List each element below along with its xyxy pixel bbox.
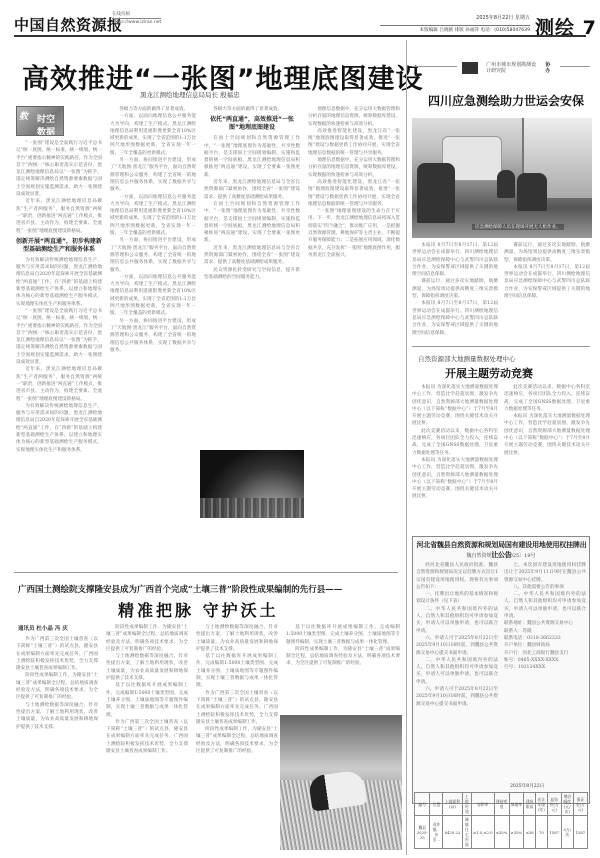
paragraph: 作为广西第三次全国土壤普查（以下简称“土壤三普”）的试点县，隆安县在成果编制方面… bbox=[106, 719, 188, 755]
contact-address: 联系地址：魏县公共资源交易中心 bbox=[504, 620, 586, 627]
table-cell: ≥1.0,≤2.0 bbox=[471, 816, 494, 849]
table-cell: 魏县2025-25 bbox=[415, 816, 430, 849]
logo-rule-right bbox=[560, 66, 590, 67]
paragraph: 一方面，以面向地理信息公共服务能力为导向，构建了生产模式。黑龙江测绘地理信息局利… bbox=[110, 113, 196, 157]
paragraph: 为有效解决传统测绘地理信息生产、服务与应用需求间的问题，黑龙江测绘地理信息局自2… bbox=[16, 257, 102, 308]
table-header: 起始价(万元) bbox=[547, 793, 561, 816]
section-divider bbox=[14, 572, 398, 573]
paragraph: 地理信息数据中，充分运用大数据管理和分析存量的地理信息资源，统筹数据库建设，实现… bbox=[308, 106, 400, 128]
land-parcel-table: 编号 位置 土地面积(㎡) 土地用途 容积率 建筑密度 绿地率 建筑限高 出让年… bbox=[414, 792, 588, 849]
table-header: 增价幅度(元/次) bbox=[561, 793, 573, 816]
paragraph: 此次竞赛活动以来，数据中心各科室迅速响应，各项目团队全力投入，连续奋战，完成了全… bbox=[504, 384, 590, 413]
online-url[interactable]: https://www.iziran.net bbox=[112, 18, 161, 26]
announcement-doc-number: 魏自然资规告字〔2025〕19号 bbox=[412, 552, 590, 559]
paragraph: 高效推进智能化建设，黑龙江省“一张图”地理底图建设取得显著成效，推进“一张图”建… bbox=[308, 128, 400, 157]
table-header: 编号 bbox=[415, 793, 430, 816]
institute-logo-icon bbox=[462, 62, 478, 74]
paragraph: 另一方面，协同推进平台建设，形成了“天地图·黑龙江”服务平台，面向自然资源管理和… bbox=[110, 237, 196, 273]
paragraph: 赛前运行，通过多次实地踏勘、航摄测量，为场馆周边提供高精度三维实景模型，保障指挥… bbox=[412, 278, 498, 300]
guangxi-col-1: 作为广西第三次全国土壤普查（以下简称“土壤三普”）的试点县，隆安县在成果编制方面… bbox=[16, 636, 98, 851]
subheading: 创新开展“两直通”，初步构建新型基础测绘生产和服务体系 bbox=[16, 238, 102, 254]
paragraph: 高效推进智能化建设，黑龙江省“一张图”地理底图建设取得显著成效，推进“一张图”建… bbox=[308, 179, 400, 208]
earth-globe-photo bbox=[200, 450, 304, 518]
sichuan-col-2: 赛前运行，通过多次实地踏勘、航摄测量，为场馆周边提供高精度三维实景模型，保障指挥… bbox=[504, 242, 590, 342]
issue-date: 2025年8月22日 星期五 bbox=[420, 14, 530, 21]
paragraph: 近年来，黑龙江测绘地理信息局聚焦“生产者两服务”，服务自然资源“两统一”职责，创… bbox=[16, 366, 102, 402]
guangxi-col-3: 与土地测绘数据等深度融合，针对性提出方案，了解土地利用现状，改善土壤质量，为农业… bbox=[196, 624, 278, 851]
institute-name: 广州市城市规划勘测设计研究院 bbox=[486, 62, 536, 74]
paragraph: “一张图”建设是全面践行习近平总书记“统一底图、统一标准、统一规划、统一平台”重… bbox=[16, 308, 102, 366]
paragraph: 六、申请人可于2025年8月22日至2025年9月10日16时前，到魏县公共资源… bbox=[416, 686, 498, 708]
badge-char-1: 数 bbox=[19, 109, 28, 122]
paragraph: 阶段性成果编制工作，为隆安县“土壤三普”成果编制全过程，总结地质调查经验及方法，… bbox=[196, 726, 278, 755]
paragraph: 各级力等方面的做得了显著成效。 bbox=[110, 106, 196, 113]
paragraph: 二、中华人民共和国境内外的法人、自然人和其他组织均可申请参加竞买，申请人可以单独… bbox=[504, 591, 586, 620]
person-shape bbox=[517, 173, 547, 211]
table-cell: 5万/次 bbox=[561, 816, 573, 849]
paragraph: 与土地测绘数据等深度融合，针对性提出方案，了解土地利用现状，改善土壤质量，为农业… bbox=[106, 653, 188, 682]
geodetic-kicker: 自然资源部大地测量数据处理中心 bbox=[418, 354, 516, 363]
paragraph: 各级力等方面的做得了显著成效。 bbox=[204, 106, 300, 113]
paragraph: 在国土空间规划和自然资源管理工作中，“一张图”地理底图作为基础性、共享性数据平台… bbox=[204, 201, 300, 245]
paragraph: 为有效解决传统测绘地理信息生产、服务与应用需求间的问题，黑龙江测绘地理信息局自2… bbox=[16, 403, 102, 454]
paragraph: 一方面，以面向地理信息公共服务能力为导向，构建了生产模式。黑龙江测绘地理信息局利… bbox=[110, 194, 196, 238]
masthead-divider bbox=[14, 35, 586, 37]
paragraph: 与土地测绘数据等深度融合，针对性提出方案，了解土地利用现状，改善土壤质量，为农业… bbox=[196, 624, 278, 653]
logo-rule-left bbox=[412, 66, 457, 67]
table-cell: 1587 bbox=[573, 816, 587, 849]
main-article-col-3: 各级力等方面的做得了显著成效。 依托“两直通”，高效推进“一张图”地理底图建设 … bbox=[204, 106, 300, 451]
paragraph: 近年来，黑龙江测绘地理信息局与全省自然资源部门紧密协作，围绕全省“一张图”建设需… bbox=[204, 179, 300, 201]
announcement-date: 2025年8月22日 bbox=[510, 783, 544, 789]
paragraph: 一方面，以面向地理信息公共服务能力为导向，构建了生产模式。黑龙江测绘地理信息局利… bbox=[110, 274, 196, 318]
guangxi-kicker: 广西国土测绘院支撑隆安县成为广西首个完成“土壤三普”阶段性成果编制的先行县—— bbox=[18, 583, 342, 595]
paragraph: 此次竞赛活动以来，数据中心各科室迅速响应，各项目团队全力投入，连续奋战，完成了全… bbox=[412, 428, 498, 457]
paragraph: 基于以往数据库开展成果编制工作，完成编制1:5000土壤类型图、完成土壤养分图、… bbox=[106, 682, 188, 718]
paragraph: 本报讯 为深化落实大地测量数据处理中心工作，营造比学赶超氛围，激发争先创优意识，… bbox=[412, 384, 498, 428]
table-cell: ≥35% bbox=[509, 816, 524, 849]
paragraph: 基于以往数据库开展成果编制工作，完成编制1:5000土壤类型图、完成土壤养分图、… bbox=[286, 624, 400, 646]
table-header: 保证金(万元) bbox=[573, 793, 587, 816]
paragraph: 本报讯 为深化落实大地测量数据处理中心工作，营造比学赶超氛围，激发争先创优意识，… bbox=[412, 457, 498, 501]
badge-label: 时空数据 bbox=[37, 112, 63, 136]
section-divider bbox=[412, 346, 590, 347]
geodetic-col-1: 本报讯 为深化落实大地测量数据处理中心工作，营造比学赶超氛围，激发争先创优意识，… bbox=[412, 384, 498, 528]
paragraph: 民众资源化转变研究与空间信息，提升新型基础测绘的空间服务能力。 bbox=[204, 267, 300, 282]
spatiotemporal-data-badge: 数 时空数据 bbox=[16, 106, 64, 136]
paragraph: 一、挂牌出让地块的基本情况和规划设计条件（见下表） bbox=[416, 591, 498, 606]
paragraph: “一张图”地理底图建设的生命力在于应用。下一步，黑龙江测绘地理信息局将深入贯彻落… bbox=[308, 208, 400, 259]
paragraph: 七、本次国有建设用地使用权挂牌出让于2025年9月11日9时在魏县公共资源交易中… bbox=[504, 562, 586, 584]
contact-person: 联系人：苏陇 bbox=[504, 628, 586, 635]
paragraph: 经河北省魏县人民政府批准，魏县自然资源和规划局决定以挂牌方式出让1宗国有建设用地… bbox=[416, 562, 498, 591]
sichuan-col-1: 本报讯 8月7日至8月17日，第12届世界运动会在成都举行。四川测绘地理信息局应… bbox=[412, 242, 498, 342]
table-cell: 6429.22 bbox=[443, 816, 462, 849]
table-cell: 70 bbox=[536, 816, 548, 849]
paragraph: 阶段性成果编制工作，为隆安县“土壤三普”成果编制全过程，总结地质调查经验及方法，… bbox=[106, 624, 188, 653]
paragraph: 本报讯 8月7日至8月17日，第12届世界运动会在成都举行。四川测绘地理信息局应… bbox=[412, 300, 498, 336]
table-header-row: 编号 位置 土地面积(㎡) 土地用途 容积率 建筑密度 绿地率 建筑限高 出让年… bbox=[415, 793, 588, 816]
guangxi-headline: 精准把脉 守护沃土 bbox=[118, 598, 279, 621]
paragraph: 二、中华人民共和国境内外的法人、自然人和其他组织均可申请参加竞买，申请人可以单独… bbox=[416, 657, 498, 686]
table-cell: ≤36 bbox=[524, 816, 536, 849]
paragraph: 八、其他需要公告的事项 bbox=[504, 584, 586, 591]
sichuan-headline: 四川应急测绘助力世运会安保 bbox=[428, 92, 584, 109]
bank-code: 行号：102124XXX bbox=[504, 664, 586, 671]
paragraph: 近年来，黑龙江测绘地理信息局聚焦“生产者两服务”，服务自然资源“两统一”职责，创… bbox=[16, 198, 102, 234]
paragraph: 阶段性成果编制工作，为隆安县“土壤三普”成果编制全过程，总结地质调查经验及方法，… bbox=[286, 646, 400, 668]
guangxi-col-4: 基于以往数据库开展成果编制工作，完成编制1:5000土壤类型图、完成土壤养分图、… bbox=[286, 624, 400, 712]
online-submission: 在线投稿 https://www.iziran.net bbox=[112, 12, 161, 26]
table-header: 建筑限高 bbox=[524, 793, 536, 816]
table-header: 容积率 bbox=[471, 793, 494, 816]
table-cell: 双井镇，东至… bbox=[430, 816, 443, 849]
paragraph: 二、中华人民共和国境内外的法人、自然人和其他组织均可申请参加竞买，申请人可以单独… bbox=[416, 606, 498, 635]
table-cell: 1587 bbox=[547, 816, 561, 849]
table-header: 建筑密度 bbox=[494, 793, 509, 816]
paragraph: 作为广西第三次全国土壤普查（以下简称“土壤三普”）的试点县，隆安县在成果编制方面… bbox=[16, 636, 98, 672]
editor-credits: 本版编辑 吕晓鹤 排版 孙福萍 电话：(010)58047639 bbox=[380, 25, 530, 33]
paragraph: 与土地测绘数据等深度融合，针对性提出方案，了解土地利用现状，改善土壤质量，为农业… bbox=[16, 702, 98, 731]
main-article-col-1: “一张图”建设是全面践行习近平总书记“统一底图、统一标准、统一规划、统一平台”重… bbox=[16, 140, 102, 570]
table-cell: 城镇住宅用地 bbox=[462, 816, 471, 849]
geodetic-col-2: 此次竞赛活动以来，数据中心各科室迅速响应，各项目团队全力投入，连续奋战，完成了全… bbox=[504, 384, 590, 528]
contact-phone: 联系电话：0310-3662333 bbox=[504, 635, 586, 642]
table-row: 魏县2025-25 双井镇，东至… 6429.22 城镇住宅用地 ≥1.0,≤2… bbox=[415, 816, 588, 849]
main-article-col-4: 地理信息数据中，充分运用大数据管理和分析存量的地理信息资源，统筹数据库建设，实现… bbox=[308, 106, 400, 568]
paragraph: “一张图”建设是全面践行习近平总书记“统一底图、统一标准、统一规划、统一平台”重… bbox=[16, 140, 102, 198]
paragraph: 基于以往数据库开展成果编制工作，完成编制1:5000土壤类型图、完成土壤养分图、… bbox=[196, 653, 278, 689]
main-article-col-2: 各级力等方面的做得了显著成效。 一方面，以面向地理信息公共服务能力为导向，构建了… bbox=[110, 106, 196, 568]
announcement-col-2: 七、本次国有建设用地使用权挂牌出让于2025年9月11日9时在魏县公共资源交易中… bbox=[504, 562, 586, 780]
announcement-col-1: 经河北省魏县人民政府批准，魏县自然资源和规划局决定以挂牌方式出让1宗国有建设用地… bbox=[416, 562, 498, 780]
table-header: 绿地率 bbox=[509, 793, 524, 816]
paragraph: 作为广西第三次全国土壤普查（以下简称“土壤三普”）的试点县，隆安县在成果编制方面… bbox=[196, 690, 278, 726]
paragraph: 另一方面，协同推进平台建设，形成了“天地图·黑龙江”服务平台，面向自然资源管理和… bbox=[110, 318, 196, 354]
geodetic-headline: 开展主题劳动竞赛 bbox=[445, 365, 533, 381]
paragraph: 本报讯 8月7日至8月17日，第12届世界运动会在成都举行。四川测绘地理信息局应… bbox=[504, 264, 590, 300]
paragraph: 本报讯 为深化落实大地测量数据处理中心工作，营造比学赶超氛围，激发争先创优意识，… bbox=[504, 413, 590, 457]
guangxi-col-2: 阶段性成果编制工作，为隆安县“土壤三普”成果编制全过程，总结地质调查经验及方法，… bbox=[106, 624, 188, 851]
soil-survey-photo bbox=[280, 715, 402, 850]
main-byline: 黑龙江测绘地理信息局局长 殷福忠 bbox=[140, 90, 240, 99]
paragraph: 地理信息数据中，充分运用大数据管理和分析存量的地理信息资源，统筹数据库建设，实现… bbox=[308, 157, 400, 179]
paragraph: 赛前运行，通过多次实地踏勘、航摄测量，为场馆周边提供高精度三维实景模型，保障指挥… bbox=[504, 242, 590, 264]
table-header: 土地面积(㎡) bbox=[443, 793, 462, 816]
table-cell: ≤35% bbox=[494, 816, 509, 849]
account-name: 开户单位：魏县财政局 bbox=[504, 642, 586, 649]
paragraph: 在国土空间规划和自然资源管理工作中，“一张图”地理底图作为基础性、共享性数据平台… bbox=[204, 135, 300, 179]
paragraph: 六、申请人可于2025年8月22日至2025年9月10日16时前，到魏县公共资源… bbox=[416, 635, 498, 657]
guangxi-byline: 通讯员 杜小晶 冯 庆 bbox=[18, 624, 68, 632]
paragraph: 阶段性成果编制工作，为隆安县“土壤三普”成果编制全过程，总结地质调查经验及方法，… bbox=[16, 672, 98, 701]
newspaper-name: 中国自然资源报 bbox=[14, 14, 123, 35]
drone-team-photo: 应急测绘保障人员在现场开展无人机作业。 bbox=[412, 118, 592, 238]
person-shape bbox=[417, 163, 455, 223]
co-organizer-tag: 协办 bbox=[545, 62, 551, 74]
photo-caption: 应急测绘保障人员在现场开展无人机作业。 bbox=[472, 224, 564, 230]
bank-name: 开户行：河北工商银行魏县支行 bbox=[504, 650, 586, 657]
table-header: 土地用途 bbox=[462, 793, 471, 816]
paragraph: 本报讯 8月7日至8月17日，第12届世界运动会在成都举行。四川测绘地理信息局应… bbox=[412, 242, 498, 278]
co-organizer-logo: 广州市城市规划勘测设计研究院 协办 bbox=[462, 57, 562, 77]
city-lights bbox=[200, 498, 304, 518]
person-shape bbox=[497, 170, 515, 198]
paragraph: 近年来，黑龙江测绘地理信息局与全省自然资源部门紧密协作，围绕全省“一张图”建设需… bbox=[204, 245, 300, 267]
subheading: 依托“两直通”，高效推进“一张图”地理底图建设 bbox=[204, 116, 300, 132]
table-header: 出让年限(年) bbox=[536, 793, 548, 816]
column-divider bbox=[406, 40, 407, 855]
table-header: 位置 bbox=[430, 793, 443, 816]
account-number: 账号：0405-XXXX-XXXX bbox=[504, 657, 586, 664]
paragraph: 另一方面，协同推进平台建设，形成了“天地图·黑龙江”服务平台，面向自然资源管理和… bbox=[110, 157, 196, 193]
